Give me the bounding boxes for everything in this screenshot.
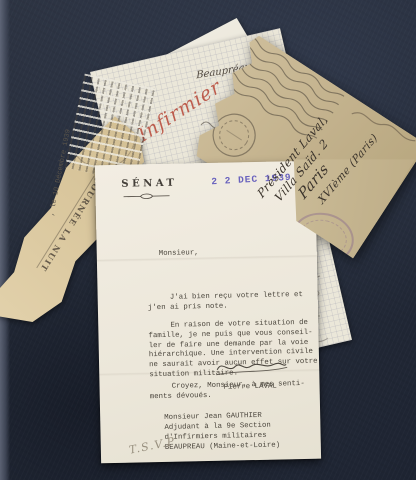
photo-of-documents: Infirmier Beaupréau JOURNÉE LA NUIT , le… xyxy=(0,0,416,480)
senat-letterhead: SÉNAT xyxy=(121,178,177,190)
leather-edge-highlight xyxy=(0,0,10,480)
letter-paragraph-1: J'ai bien reçu votre lettre et j'en ai p… xyxy=(148,291,304,314)
handwritten-signature xyxy=(213,355,289,381)
letterhead-flourish xyxy=(122,192,170,201)
recipient-block: Monsieur Jean GAUTHIER Adjudant à la 9e … xyxy=(164,411,280,453)
pencil-note-tsvp: T.S.V.P xyxy=(128,435,177,457)
letter-salutation: Monsieur, xyxy=(159,249,199,260)
signature-name: Pierre LAVAL xyxy=(224,383,277,394)
